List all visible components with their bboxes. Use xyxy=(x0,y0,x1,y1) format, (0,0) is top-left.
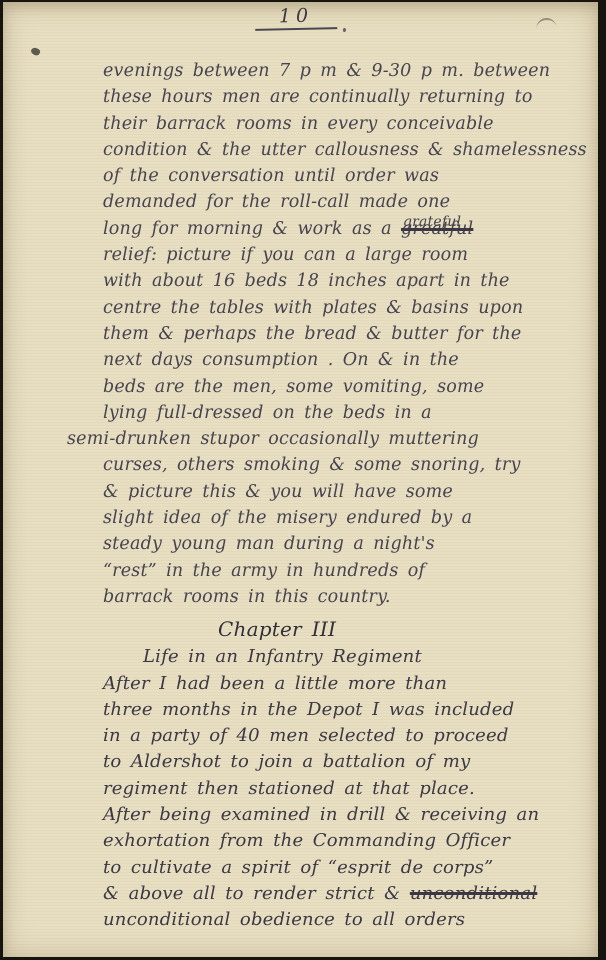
text-line: After I had been a little more than xyxy=(103,671,605,697)
text-line: to cultivate a spirit of “esprit de corp… xyxy=(103,855,605,881)
text-line: steady young man during a night's xyxy=(103,531,605,557)
text-line: unconditional obedience to all orders xyxy=(103,907,605,933)
paper: 10 evenings between 7 p m & 9-30 p m. be… xyxy=(3,2,598,957)
page-number-text: 10 xyxy=(279,5,314,28)
text-line-with-correction: long for morning & work as a gratefulgre… xyxy=(103,216,605,242)
text-line: curses, others smoking & some snoring, t… xyxy=(103,452,605,478)
text-line-with-correction: & above all to render strict & unconditi… xyxy=(103,881,605,907)
text-line: exhortation from the Commanding Officer xyxy=(103,828,605,854)
inserted-word: grateful xyxy=(403,215,461,229)
text-line: After being examined in drill & receivin… xyxy=(103,802,605,828)
pencil-mark-icon xyxy=(536,17,557,29)
text-line: three months in the Depot I was included xyxy=(103,697,605,723)
text-line: lying full-dressed on the beds in a xyxy=(103,400,605,426)
text-line: demanded for the roll-call made one xyxy=(103,189,605,215)
ink-blot-icon xyxy=(30,46,41,56)
text-line: next days consumption . On & in the xyxy=(103,347,605,373)
struck-word: unconditional xyxy=(410,883,537,904)
text-line: evenings between 7 p m & 9-30 p m. betwe… xyxy=(103,58,605,84)
text-line: centre the tables with plates & basins u… xyxy=(103,295,605,321)
text-line: & picture this & you will have some xyxy=(103,479,605,505)
text-line: regiment then stationed at that place. xyxy=(103,776,605,802)
text-line: to Aldershot to join a battalion of my xyxy=(103,749,605,775)
text-line: beds are the men, some vomiting, some xyxy=(103,374,605,400)
chapter-subheading: Life in an Infantry Regiment xyxy=(143,644,605,670)
ink-dot-icon xyxy=(343,28,346,32)
text-line: “rest” in the army in hundreds of xyxy=(103,558,605,584)
page-number: 10 xyxy=(255,4,338,31)
text-line: in a party of 40 men selected to proceed xyxy=(103,723,605,749)
text-line: them & perhaps the bread & butter for th… xyxy=(103,321,605,347)
chapter-heading: Chapter III xyxy=(218,614,605,644)
text-line: slight idea of the misery endured by a xyxy=(103,505,605,531)
correction: gratefulgreatful xyxy=(401,216,473,242)
text-line: their barrack rooms in every conceivable xyxy=(103,111,605,137)
text-line: of the conversation until order was xyxy=(103,163,605,189)
text-line: these hours men are continually returnin… xyxy=(103,84,605,110)
text-line: with about 16 beds 18 inches apart in th… xyxy=(103,268,605,294)
chapter-body: After I had been a little more than thre… xyxy=(103,671,605,934)
text-line: relief: picture if you can a large room xyxy=(103,242,605,268)
text-segment: long for morning & work as a xyxy=(103,219,401,239)
text-segment: & above all to render strict & xyxy=(103,883,410,904)
text-line: condition & the utter callousness & sham… xyxy=(103,137,605,163)
scanned-page: 10 evenings between 7 p m & 9-30 p m. be… xyxy=(0,0,606,960)
text-line: semi-drunken stupor occasionally mutteri… xyxy=(67,426,605,452)
text-line: barrack rooms in this country. xyxy=(103,584,605,610)
handwritten-text: evenings between 7 p m & 9-30 p m. betwe… xyxy=(103,58,605,934)
